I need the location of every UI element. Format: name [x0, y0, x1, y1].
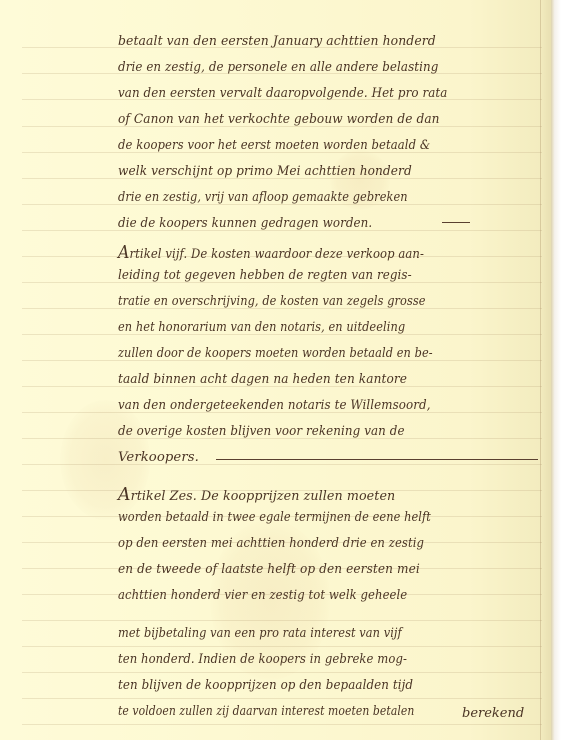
text-line: van den eersten vervalt daaropvolgende. …: [118, 86, 447, 101]
text-line: op den eersten mei achttien honderd drie…: [118, 536, 424, 551]
ruled-line: [22, 646, 542, 647]
text-line: zullen door de koopers moeten worden bet…: [118, 346, 433, 361]
ruled-line: [22, 672, 542, 673]
text-line: die de koopers kunnen gedragen worden.: [118, 216, 372, 231]
text-line: van den ondergeteekenden notaris te Will…: [118, 398, 431, 413]
text-line: tratie en overschrijving, de kosten van …: [118, 294, 426, 309]
text-line: achttien honderd vier en zestig tot welk…: [118, 588, 407, 603]
text-line: de overige kosten blijven voor rekening …: [118, 424, 405, 439]
text-line: ten blijven de koopprijzen op den bepaal…: [118, 678, 413, 693]
text-line: worden betaald in twee egale termijnen d…: [118, 510, 431, 525]
text-line: betaalt van den eersten January achttien…: [118, 34, 436, 49]
margin-line: [540, 0, 541, 740]
text-line: en het honorarium van den notaris, en ui…: [118, 320, 405, 335]
text-line: of Canon van het verkochte gebouw worden…: [118, 112, 440, 127]
article-heading-vijf: Artikel vijf. De kosten waardoor deze ve…: [118, 242, 424, 263]
text-line: leiding tot gegeven hebben de regten van…: [118, 268, 412, 283]
article-heading-zes: Artikel Zes. De koopprijzen zullen moete…: [118, 484, 395, 505]
catchword: berekend: [462, 706, 524, 721]
ruled-line: [22, 464, 542, 465]
ruled-line: [22, 620, 542, 621]
text-line: Verkoopers.: [118, 450, 199, 465]
text-line: welk verschijnt op primo Mei achttien ho…: [118, 164, 412, 179]
text-line: taald binnen acht dagen na heden ten kan…: [118, 372, 407, 387]
text-line: en de tweede of laatste helft op den eer…: [118, 562, 420, 577]
page-edge: [551, 0, 565, 740]
text-line: drie en zestig, vrij van afloop gemaakte…: [118, 190, 408, 205]
text-line: de koopers voor het eerst moeten worden …: [118, 138, 430, 153]
text-line: met bijbetaling van een pro rata interes…: [118, 626, 402, 641]
ruled-line: [22, 724, 542, 725]
text-line: ten honderd. Indien de koopers in gebrek…: [118, 652, 407, 667]
manuscript-page: betaalt van den eersten January achttien…: [0, 0, 551, 740]
text-line: te voldoen zullen zij daarvan interest m…: [118, 704, 414, 719]
text-line: drie en zestig, de personele en alle and…: [118, 60, 438, 75]
ruled-line: [22, 698, 542, 699]
line-fill-dash: [216, 459, 538, 460]
line-fill-dash: [442, 222, 470, 223]
